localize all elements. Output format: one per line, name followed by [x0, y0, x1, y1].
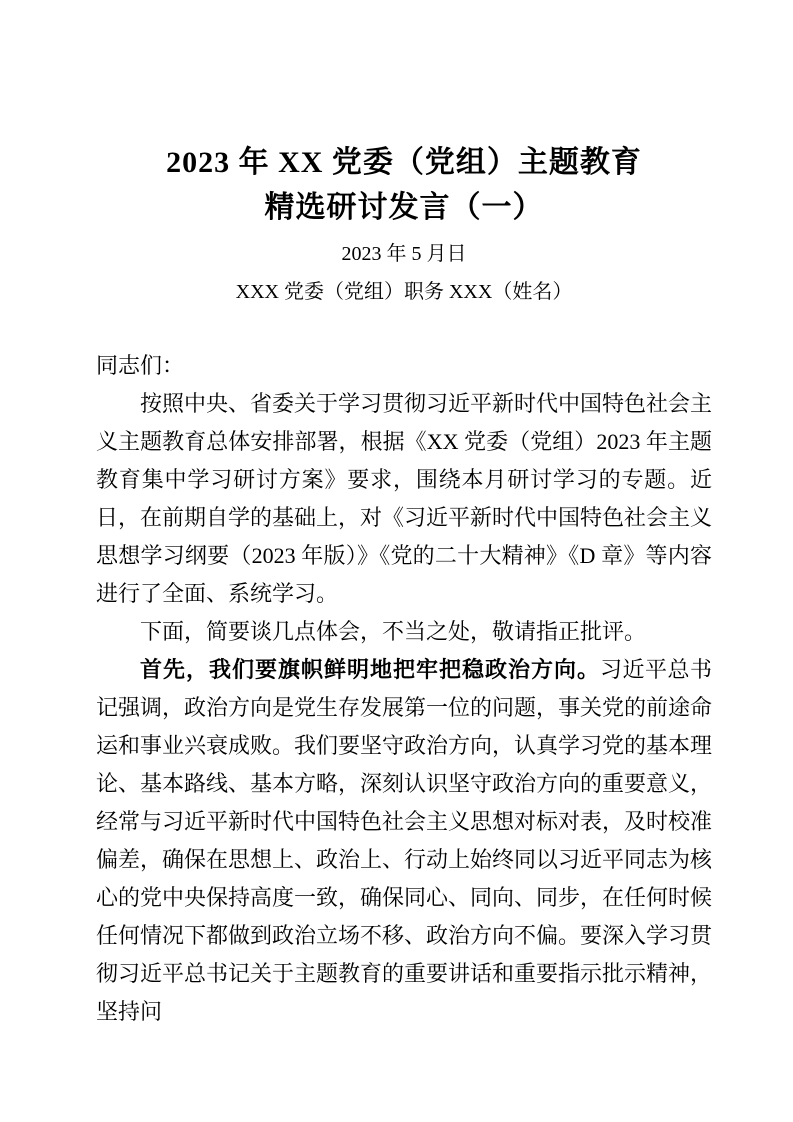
byline: XXX 党委（党组）职务 XXX（姓名）: [96, 273, 712, 311]
document-body: 同志们： 按照中央、省委关于学习贯彻习近平新时代中国特色社会主义主题教育总体安排…: [96, 347, 712, 1031]
paragraph-text: 按照中央、省委关于学习贯彻习近平新时代中国特色社会主义主题教育总体安排部署，根据…: [96, 391, 712, 606]
title-line-1: 2023 年 XX 党委（党组）主题教育: [96, 140, 712, 185]
document-content: 2023 年 XX 党委（党组）主题教育 精选研讨发言（一） 2023 年 5 …: [0, 0, 793, 1031]
paragraph-lead-bold: 首先，我们要旗帜鲜明地把牢把稳政治方向。: [140, 657, 600, 682]
title-line-2: 精选研讨发言（一）: [96, 185, 712, 230]
paragraph-text: 习近平总书记强调，政治方向是党生存发展第一位的问题，事关党的前途命运和事业兴衰成…: [96, 657, 712, 1024]
date-line: 2023 年 5 月日: [96, 235, 712, 273]
paragraph: 下面，简要谈几点体会，不当之处，敬请指正批评。: [96, 613, 712, 651]
document-title: 2023 年 XX 党委（党组）主题教育 精选研讨发言（一）: [96, 140, 712, 230]
salutation: 同志们：: [96, 347, 712, 385]
document-page: 2023 年 XX 党委（党组）主题教育 精选研讨发言（一） 2023 年 5 …: [0, 0, 793, 1122]
paragraph-text: 下面，简要谈几点体会，不当之处，敬请指正批评。: [140, 619, 646, 644]
paragraph: 按照中央、省委关于学习贯彻习近平新时代中国特色社会主义主题教育总体安排部署，根据…: [96, 385, 712, 613]
paragraph: 首先，我们要旗帜鲜明地把牢把稳政治方向。习近平总书记强调，政治方向是党生存发展第…: [96, 651, 712, 1031]
